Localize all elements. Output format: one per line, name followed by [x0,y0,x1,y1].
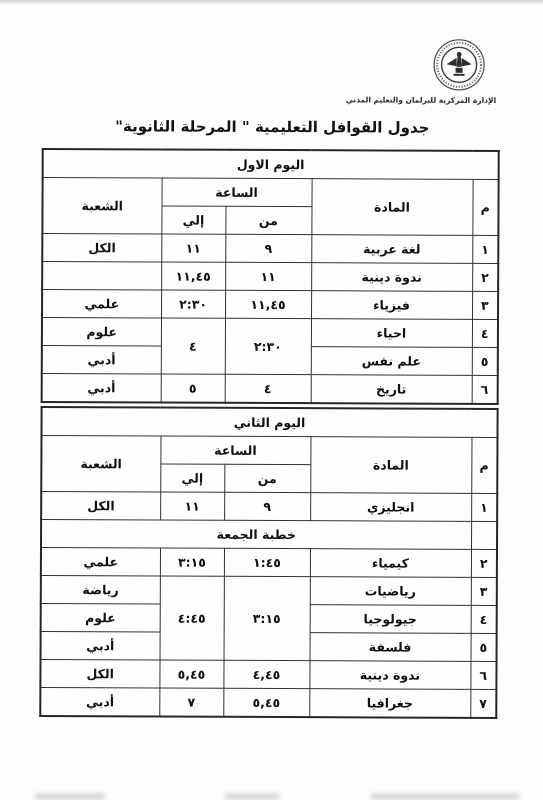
table-row: ١ لغة عربية ٩ ١١ الكل [42,233,498,263]
cell-from: ٩ [225,234,311,262]
cell-to: ١١ [161,234,225,262]
table-row: ٢ ندوة دينية ١١ ١١,٤٥ [42,261,498,291]
table-row: ٧ جغرافيا ٥,٤٥ ٧ أدبي [40,687,496,717]
cell-from-merged: ٣:١٥ [224,576,310,660]
scan-smudge-artifact [370,793,520,800]
cell-subject: ندوة دينية [309,661,470,690]
col-header-section: الشعبة [41,435,160,492]
scan-smudge-artifact [35,793,105,800]
schedule-tables: اليوم الاول م المادة الساعة الشعبة من إل… [41,148,499,722]
col-header-time: الساعة [161,178,311,207]
cell-to-merged: ٤ [161,318,225,374]
col-header-section: الشعبة [42,177,161,234]
cell-section: الكل [40,659,159,688]
cell-from: ٤,٤٥ [223,660,309,688]
day1-table: اليوم الاول م المادة الساعة الشعبة من إل… [41,148,500,405]
col-header-to: إلي [160,464,224,492]
table-row: ١ انجليزي ٩ ١١ الكل [41,491,497,521]
cell-section: رياضة [41,575,160,604]
cell-section: الكل [42,233,161,262]
table-row: ٦ ندوة دينية ٤,٤٥ ٥,٤٥ الكل [40,659,496,689]
cell-to: ٥,٤٥ [159,660,223,688]
cell-to: ١١ [160,492,224,520]
cell-num: ١ [471,493,497,521]
org-name-line: الإدارة المركزية للبرلمان والتعليم المدن… [326,95,516,105]
day2-banner-row: اليوم الثاني [41,407,497,437]
scanned-document-page: الإدارة المركزية للبرلمان والتعليم المدن… [0,0,543,800]
cell-subject: تاريخ [311,375,472,404]
cell-section: علوم [42,317,161,346]
cell-subject: رياضيات [310,577,471,606]
col-header-subject: المادة [311,179,472,236]
cell-num: ٣ [471,577,497,605]
cell-section: علوم [41,603,160,632]
cell-subject: ندوة دينية [311,263,472,292]
cell-from: ١:٤٥ [224,548,310,576]
cell-num: ٥ [471,633,497,661]
cell-to: ٣:١٥ [160,548,224,576]
cell-from: ٤ [225,374,311,403]
friday-sermon-row: خطبة الجمعة [41,519,497,549]
table-row: ٤ احياء ٢:٣٠ ٤ علوم [42,317,498,347]
cell-from-merged: ٢:٣٠ [225,318,311,374]
cell-num: ٦ [470,661,496,689]
day2-banner: اليوم الثاني [41,407,497,437]
cell-num: ٦ [472,375,498,404]
day2-table: اليوم الثاني م المادة الساعة الشعبة من إ… [39,406,498,719]
friday-sermon-cell: خطبة الجمعة [41,519,471,549]
cell-to: ٥ [161,374,225,403]
cell-subject: فلسفة [310,633,471,662]
col-header-to: إلي [161,206,225,234]
day1-banner-row: اليوم الاول [43,149,499,179]
day2-header-row: م المادة الساعة الشعبة [41,435,497,465]
col-header-from: من [225,206,311,234]
cell-num: ١ [472,235,498,263]
egypt-eagle-emblem-icon [432,37,486,95]
cell-section: أدبي [40,631,159,660]
col-header-num: م [471,437,497,493]
cell-section: الكل [41,491,160,520]
cell-num [471,521,497,549]
day1-banner: اليوم الاول [43,149,499,179]
cell-section: علمي [42,289,161,318]
col-header-from: من [224,464,310,492]
cell-subject: جغرافيا [309,689,470,718]
cell-num: ٤ [471,605,497,633]
page-title: جدول القوافل التعليمية " المرحلة الثانوي… [1,117,543,137]
cell-num: ٧ [470,689,496,718]
cell-subject: فيزياء [311,291,472,320]
cell-subject: كيمياء [310,549,471,578]
cell-from: ٥,٤٥ [223,688,309,717]
cell-num: ٥ [472,347,498,375]
table-row: ٢ كيمياء ١:٤٥ ٣:١٥ علمي [41,547,497,577]
cell-subject: لغة عربية [311,235,472,264]
cell-subject: جيولوجيا [310,605,471,634]
cell-section [42,261,161,290]
cell-section: أدبي [42,345,161,374]
cell-section: أدبي [42,373,161,402]
cell-subject: احياء [311,319,472,348]
day1-header-row: م المادة الساعة الشعبة [42,177,498,207]
document-content: الإدارة المركزية للبرلمان والتعليم المدن… [0,0,543,800]
col-header-num: م [472,179,498,235]
cell-from: ١١ [225,262,311,290]
table-row: ٦ تاريخ ٤ ٥ أدبي [42,373,498,403]
cell-subject: علم نفس [311,347,472,376]
cell-to: ٢:٣٠ [161,290,225,318]
cell-num: ٣ [472,291,498,319]
col-header-time: الساعة [160,436,310,465]
cell-to: ٧ [159,688,223,717]
cell-section: أدبي [40,687,159,716]
cell-from: ١١,٤٥ [225,290,311,318]
cell-subject: انجليزي [310,493,471,522]
table-row: ٣ فيزياء ١١,٤٥ ٢:٣٠ علمي [42,289,498,319]
table-row: ٣ رياضيات ٣:١٥ ٤:٤٥ رياضة [41,575,497,605]
cell-from: ٩ [224,492,310,520]
cell-num: ٢ [471,549,497,577]
cell-num: ٢ [472,263,498,291]
cell-to-merged: ٤:٤٥ [160,576,224,660]
col-header-subject: المادة [310,437,471,494]
cell-num: ٤ [472,319,498,347]
scan-smudge-artifact [225,793,280,800]
cell-to: ١١,٤٥ [161,262,225,290]
cell-section: علمي [41,547,160,576]
